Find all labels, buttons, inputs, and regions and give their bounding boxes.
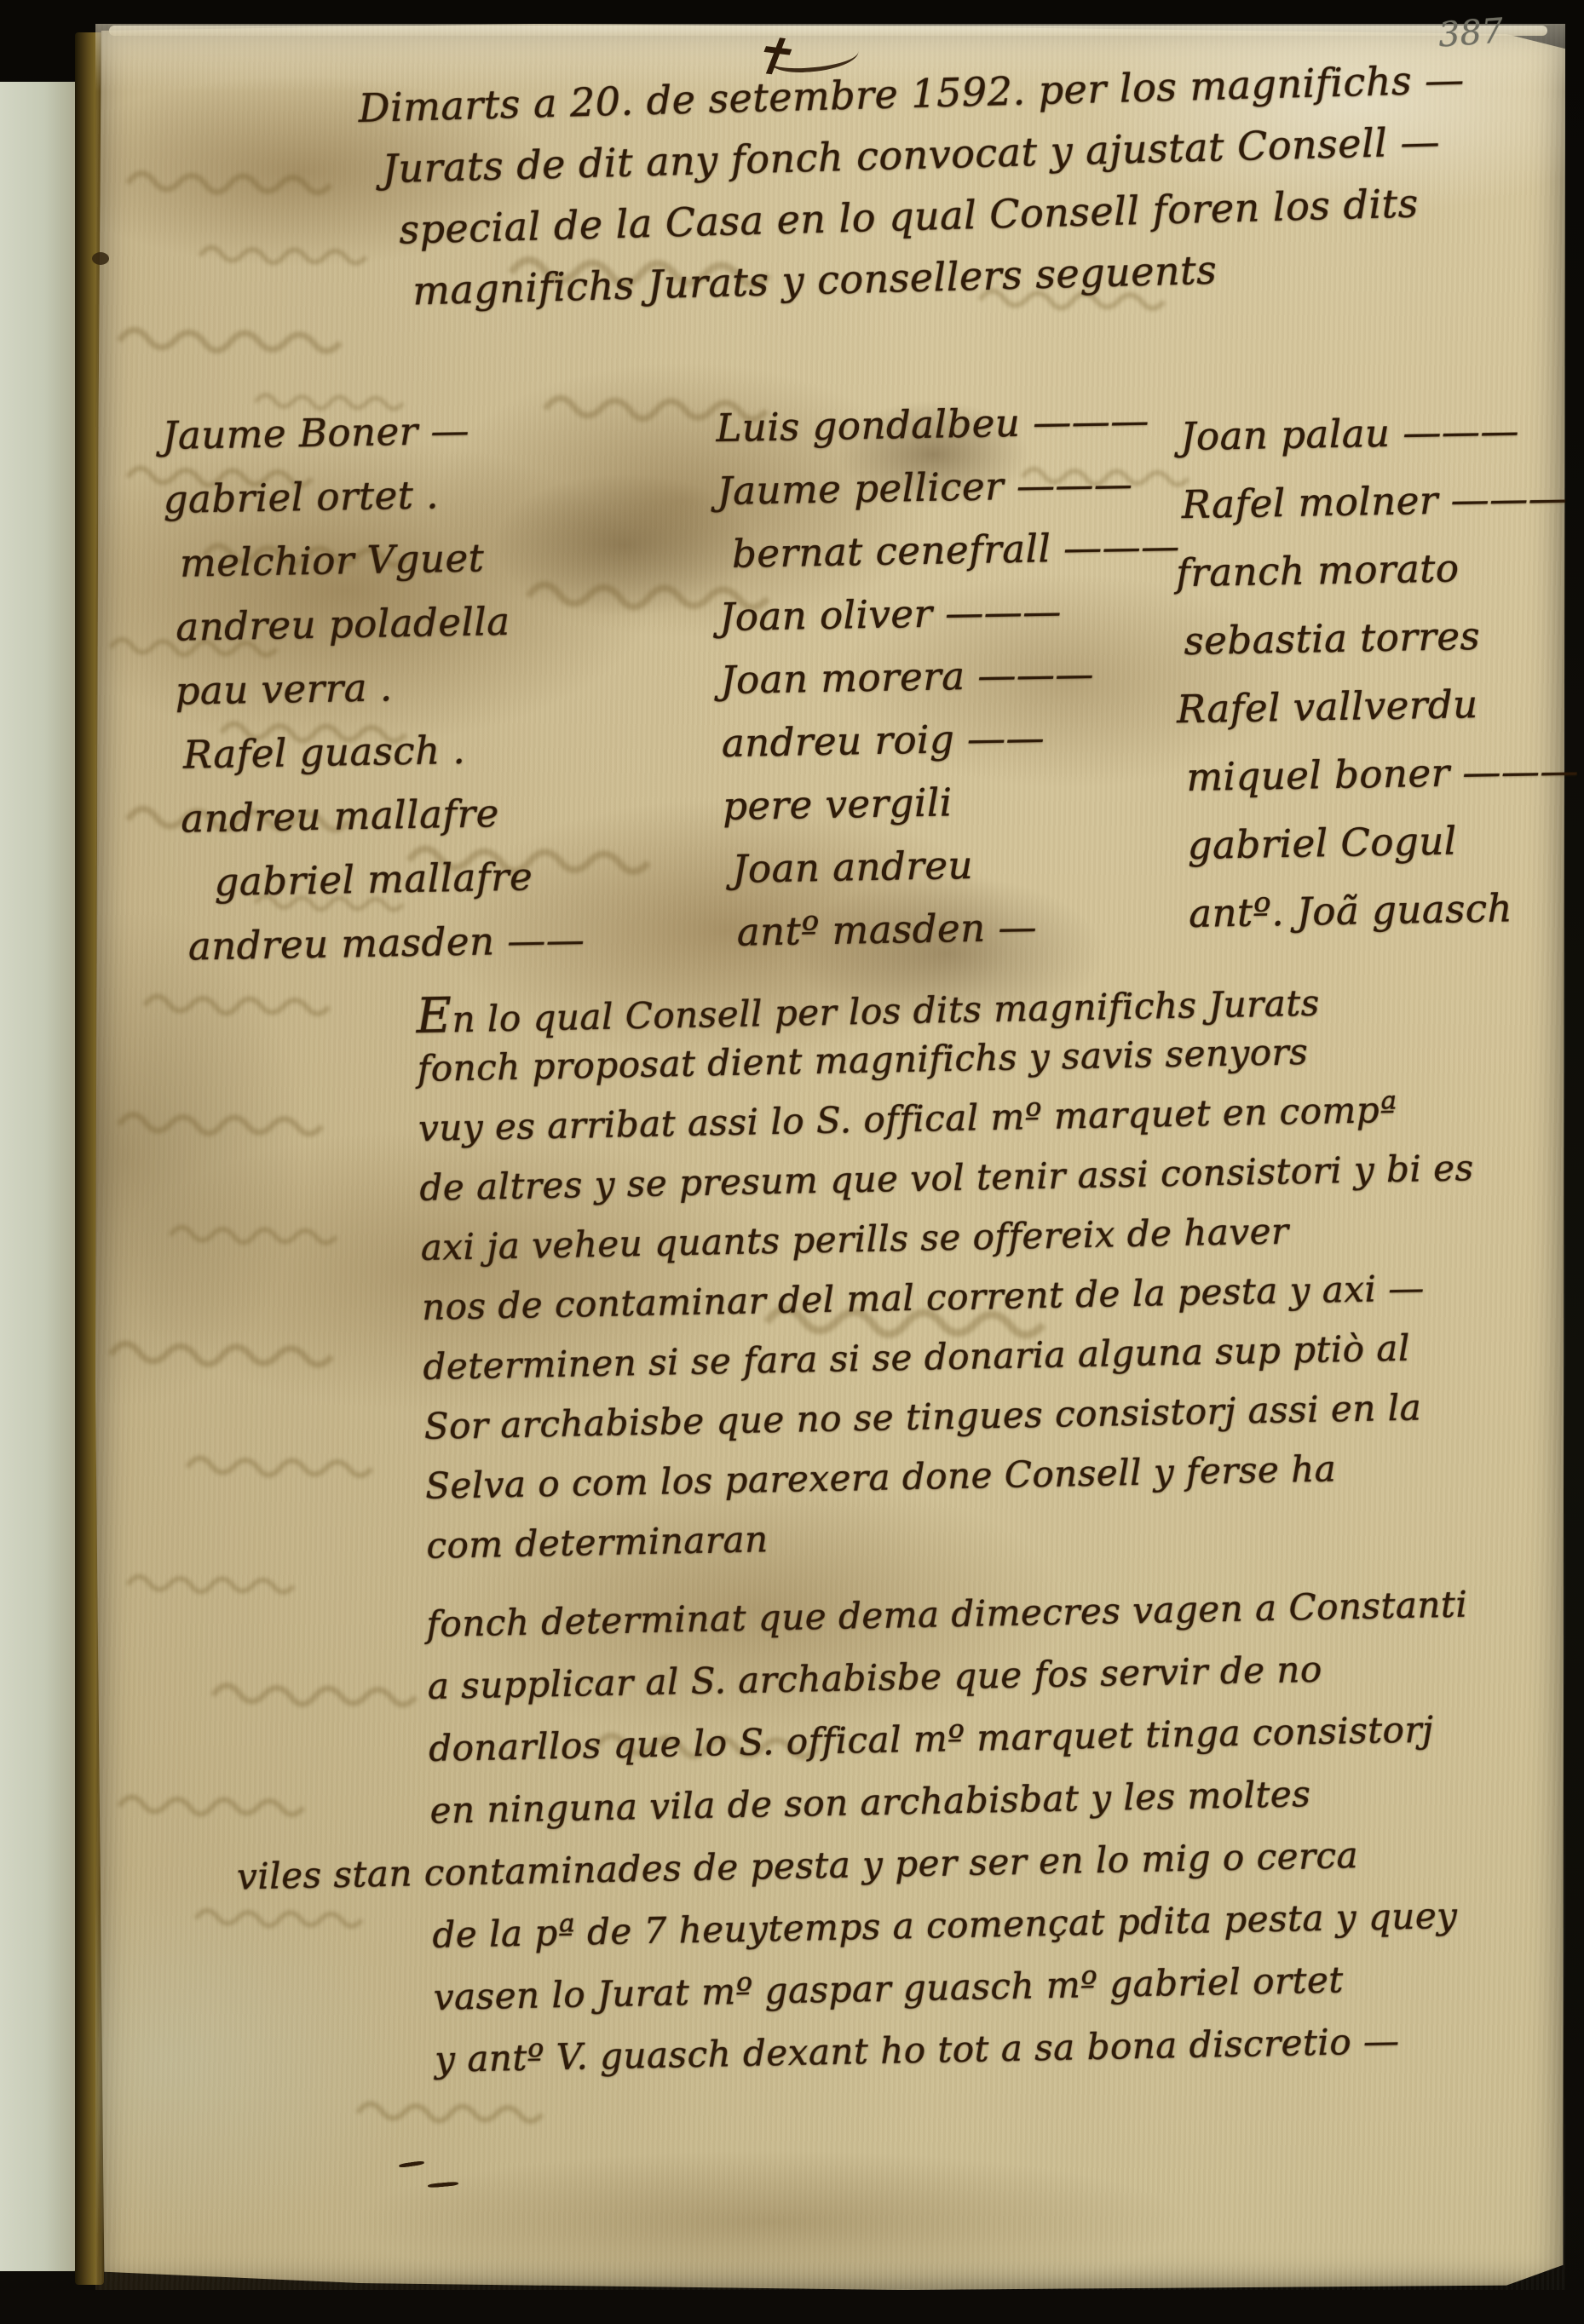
- photograph-backdrop: 387 ✝ Dimarts a 20. de setembre 1592. pe…: [0, 0, 1584, 2324]
- attendee-name: Joan oliver ———: [719, 587, 1182, 658]
- attendee-name: franch morato: [1176, 544, 1576, 618]
- attendee-name: Rafel guasch .: [183, 725, 583, 796]
- attendee-name: melchior Vguet: [180, 534, 579, 605]
- attendee-name: andreu mallafre: [181, 789, 584, 860]
- record-heading: Dimarts a 20. de setembre 1592. per los …: [358, 56, 1470, 331]
- attendee-name: andreu masden ——: [187, 917, 585, 987]
- attendee-name: Joan palau ———: [1180, 407, 1574, 482]
- attendee-name: Joan morera ———: [720, 650, 1183, 721]
- attendee-name: Jaume pellicer ———: [717, 461, 1179, 532]
- attendee-name: Joan andreu: [732, 838, 1186, 909]
- attendee-name: Rafel vallverdu: [1177, 680, 1579, 755]
- council-resolution-paragraph: fonch determinat que dema dimecres vagen…: [426, 1584, 1477, 2101]
- attendee-name: antº masden —: [736, 901, 1187, 972]
- attendees-column-3: Joan palau ——— Rafel molner ——— franch m…: [1180, 407, 1582, 959]
- attendee-name: andreu roig ——: [721, 712, 1184, 783]
- attendee-name: gabriel mallafre: [214, 853, 585, 923]
- attendee-name: sebastia torres: [1184, 612, 1577, 687]
- attendee-name: bernat cenefrall ———: [732, 524, 1181, 595]
- attendees-column-1: Jaume Boner — gabriel ortet . melchior V…: [162, 406, 585, 988]
- attendee-name: andreu poladella: [176, 597, 580, 668]
- attendee-name: antº. Joã guasch: [1189, 884, 1582, 959]
- attendee-name: gabriel Cogul: [1187, 816, 1581, 891]
- attendee-name: gabriel ortet .: [163, 470, 578, 541]
- attendee-name: Luis gondalbeu ———: [716, 398, 1178, 469]
- council-proposal-paragraph: En lo qual Consell per los dits magnific…: [416, 968, 1482, 1585]
- underlying-page-edge: [0, 82, 80, 2271]
- attendee-name: miquel boner ———: [1186, 748, 1580, 823]
- attendee-name: pere vergili: [723, 775, 1185, 846]
- attendee-name: pau verra .: [175, 661, 581, 732]
- attendees-column-2: Luis gondalbeu ——— Jaume pellicer ——— be…: [716, 398, 1187, 973]
- folio-number: 387: [1437, 11, 1504, 55]
- ink-blot: [92, 252, 109, 265]
- cross-swash-stroke: [769, 40, 860, 74]
- attendee-name: Jaume Boner —: [162, 406, 577, 477]
- attendee-name: Rafel molner ———: [1181, 475, 1575, 550]
